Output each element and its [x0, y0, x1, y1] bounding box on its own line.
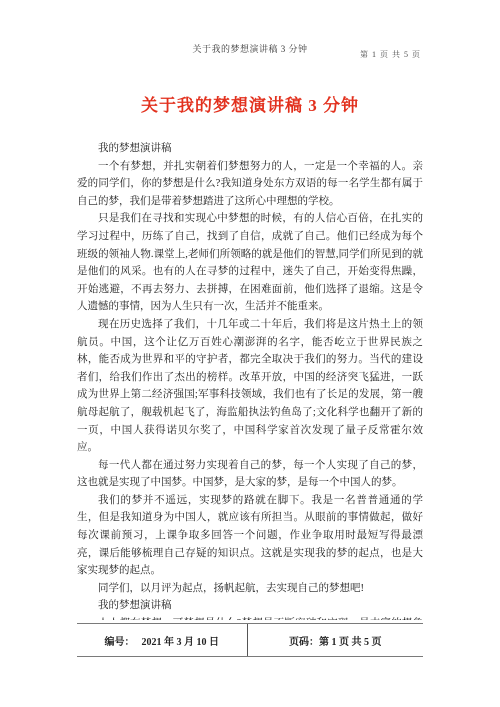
body-paragraph: 我们的梦并不遥远，实现梦的路就在脚下。我是一名普普通通的学生，但是我知道身为中国… [77, 492, 423, 580]
body-paragraph: 同学们，以月评为起点，扬帆起航，去实现自己的梦想吧! [77, 580, 423, 598]
footer-number-value: 2021 年 3 月 10 日 [142, 633, 220, 648]
page-header: 关于我的梦想演讲稿 3 分钟 第 1 页 共 5 页 [77, 42, 423, 60]
footer-page-label: 页码： [289, 633, 319, 648]
body-paragraph: 我的梦想演讲稿 [77, 140, 423, 158]
body-paragraph: 每一代人都在通过努力实现着自己的梦，每一个人实现了自己的梦，这也就是实现了中国梦… [77, 457, 423, 492]
body-paragraph: 只是我们在寻找和实现心中梦想的时候，有的人信心百倍，在扎实的学习过程中，历练了自… [77, 210, 423, 316]
footer-number-label: 编号： [105, 633, 135, 648]
body-paragraph: 现在历史选择了我们，十几年或二十年后，我们将是这片热土上的领航员。中国，这个让亿… [77, 316, 423, 457]
body-paragraph: 我的梦想演讲稿 [77, 597, 423, 615]
footer-table: 编号： 2021 年 3 月 10 日 页码： 第 1 页 共 5 页 [77, 623, 423, 657]
footer-number-cell: 编号： 2021 年 3 月 10 日 [77, 624, 248, 656]
footer-page-cell: 页码： 第 1 页 共 5 页 [248, 624, 423, 656]
footer-page-value: 第 1 页 共 5 页 [319, 633, 382, 648]
header-page-indicator: 第 1 页 共 5 页 [360, 49, 421, 60]
document-body: 我的梦想演讲稿 一个有梦想，并扎实朝着们梦想努力的人，一定是一个幸福的人。亲爱的… [77, 140, 423, 620]
body-paragraph: 人人都有梦想，可梦想是什么?梦想是不断突破和实现，是丰富的想象和大胆的创造;梦想… [77, 615, 423, 620]
document-page: 关于我的梦想演讲稿 3 分钟 第 1 页 共 5 页 关于我的梦想演讲稿 3 分… [0, 0, 500, 707]
body-paragraph: 一个有梦想，并扎实朝着们梦想努力的人，一定是一个幸福的人。亲爱的同学们，你的梦想… [77, 158, 423, 211]
document-title: 关于我的梦想演讲稿 3 分钟 [0, 91, 500, 116]
